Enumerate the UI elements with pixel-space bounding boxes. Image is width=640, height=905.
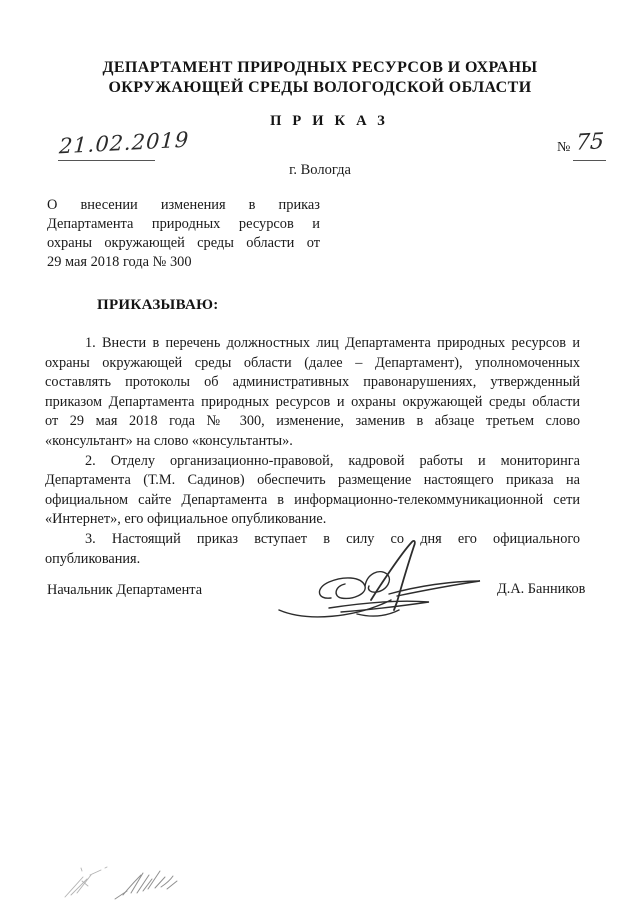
text-line: «консультант» на слово «консультанты». — [45, 432, 580, 452]
text-line: охраны окружающей среды области (далее –… — [45, 354, 580, 374]
text-line: 29 мая 2018 года № 300 — [47, 253, 320, 272]
text-line: 1. Внести в перечень должностных лиц Деп… — [45, 334, 580, 354]
number-sign-label: № — [557, 140, 570, 156]
text-line: составлять протоколы об административных… — [45, 373, 580, 393]
org-name-line-1: ДЕПАРТАМЕНТ ПРИРОДНЫХ РЕСУРСОВ И ОХРАНЫ — [0, 58, 640, 78]
text-line: приказом Департамента природных ресурсов… — [45, 393, 580, 413]
doc-type-title: ПРИКАЗ — [0, 113, 640, 130]
order-paragraph-1: 1. Внести в перечень должностных лиц Деп… — [45, 334, 580, 452]
subject-block: О внесении изменения в приказДепартамент… — [47, 196, 320, 272]
date-underline — [58, 160, 155, 161]
handwritten-signature-icon — [273, 536, 483, 628]
text-line: 2. Отделу организационно-правовой, кадро… — [45, 452, 580, 472]
pencil-scribbles-icon — [55, 853, 185, 903]
text-line: О внесении изменения в приказ — [47, 196, 320, 215]
text-line: «Интернет», его официальное опубликовани… — [45, 510, 580, 530]
text-line: Департамента природных ресурсов и — [47, 215, 320, 234]
text-line: Департамента (Т.М. Садинов) обеспечить р… — [45, 471, 580, 491]
handwritten-date: 21.02.2019 — [58, 128, 189, 159]
city-line: г. Вологда — [0, 162, 640, 179]
text-line: от 29 мая 2018 года № 300, изменение, за… — [45, 412, 580, 432]
order-keyword: ПРИКАЗЫВАЮ: — [97, 297, 219, 314]
text-line: официальном сайте Департамента в информа… — [45, 491, 580, 511]
order-body: 1. Внести в перечень должностных лиц Деп… — [45, 334, 580, 569]
signatory-title: Начальник Департамента — [47, 582, 202, 599]
org-name: ДЕПАРТАМЕНТ ПРИРОДНЫХ РЕСУРСОВ И ОХРАНЫ … — [0, 58, 640, 98]
signatory-name: Д.А. Банников — [497, 581, 585, 598]
number-underline — [573, 160, 606, 161]
text-line: охраны окружающей среды области от — [47, 234, 320, 253]
document-page: ДЕПАРТАМЕНТ ПРИРОДНЫХ РЕСУРСОВ И ОХРАНЫ … — [0, 0, 640, 905]
org-name-line-2: ОКРУЖАЮЩЕЙ СРЕДЫ ВОЛОГОДСКОЙ ОБЛАСТИ — [0, 78, 640, 98]
order-paragraph-2: 2. Отделу организационно-правовой, кадро… — [45, 452, 580, 530]
handwritten-number: 75 — [575, 129, 604, 156]
